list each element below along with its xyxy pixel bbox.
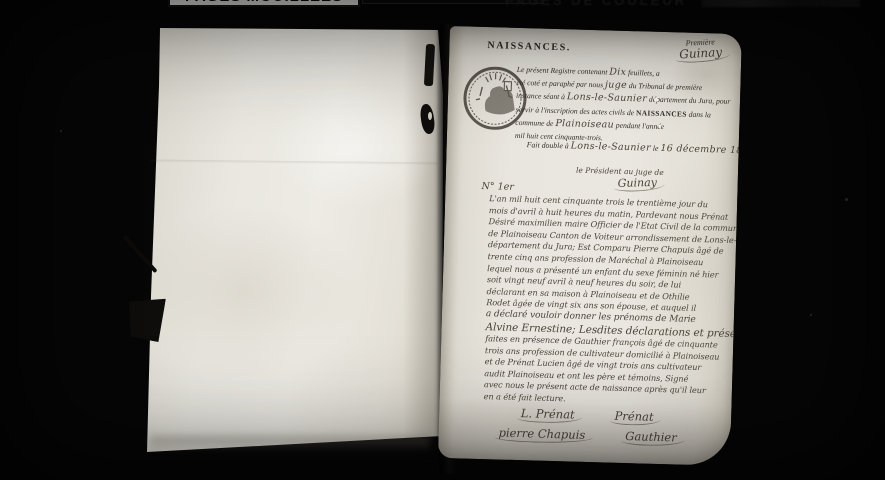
printed-text: dans la	[687, 109, 711, 119]
register-photograph: PAGES MOUILLEES PAGES DE COULEUR NAISSAN…	[0, 0, 885, 480]
signature: L. Prénat	[517, 406, 583, 424]
printed-text: instance séant à	[516, 91, 567, 101]
handwritten-insertion: juge	[605, 80, 627, 92]
dust-speck	[845, 198, 848, 201]
president-signature: Guinay	[613, 176, 665, 192]
wet-pages-label: PAGES MOUILLEES	[168, 0, 360, 7]
handwritten-insertion: Dix	[609, 66, 626, 77]
birth-act-body: L'an mil huit cent cinquante trois le tr…	[483, 193, 737, 409]
handwritten-insertion: Lons-le-Saunier	[571, 140, 651, 153]
signature: Gauthier	[621, 429, 685, 447]
section-header-naissances: NAISSANCES.	[487, 40, 571, 53]
right-page-birth-act: NAISSANCES. Première Guinay Le présent R…	[438, 26, 742, 466]
act-number: N° 1er	[481, 181, 514, 193]
printed-text: pendant l'année	[614, 120, 664, 130]
printed-text: Fait double à	[527, 140, 571, 150]
bookmark-ribbon	[122, 235, 157, 273]
printed-text: feuillets, a	[626, 68, 660, 78]
printed-text: NAISSANCES	[636, 108, 687, 118]
dust-speck	[658, 125, 661, 128]
corner-signature: Guinay	[675, 44, 731, 63]
colour-pages-label: PAGES DE COULEUR	[505, 0, 687, 9]
illegible-stamp	[702, 0, 860, 7]
tear-highlight	[428, 112, 432, 120]
printed-text: commune de	[515, 118, 555, 128]
printed-text: le	[651, 144, 661, 153]
printed-text: département du Jura, pour	[647, 95, 731, 106]
signature: Prénat	[610, 409, 661, 426]
printed-text: du Tribunal de première	[627, 81, 703, 92]
left-page-blank	[145, 26, 445, 454]
signature: pierre Chapuis	[494, 425, 593, 444]
signatures-row-2: pierre ChapuisGauthier	[474, 423, 704, 447]
handwritten-insertion: 16 décembre 1852.	[660, 143, 742, 157]
dust-speck	[810, 314, 812, 316]
page-bottom-shadow	[150, 436, 430, 452]
dust-speck	[60, 130, 62, 132]
